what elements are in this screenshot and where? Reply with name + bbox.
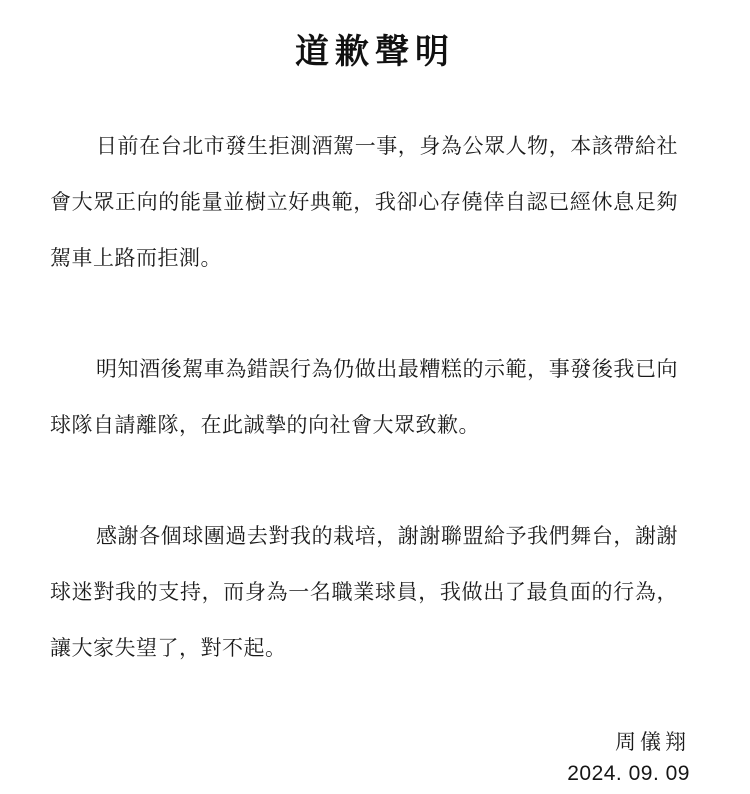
signature-block: 周儀翔 2024. 09. 09 xyxy=(0,726,750,790)
signature-name: 周儀翔 xyxy=(0,726,690,758)
paragraph-incident: 日前在台北市發生拒測酒駕一事，身為公眾人物，本該帶給社會大眾正向的能量並樹立好典… xyxy=(50,118,678,286)
paragraph-thanks: 感謝各個球團過去對我的栽培，謝謝聯盟給予我們舞台，謝謝球迷對我的支持，而身為一名… xyxy=(50,508,678,676)
apology-statement-document: 道歉聲明 日前在台北市發生拒測酒駕一事，身為公眾人物，本該帶給社會大眾正向的能量… xyxy=(0,0,750,794)
document-title: 道歉聲明 xyxy=(0,28,750,76)
signature-date: 2024. 09. 09 xyxy=(0,758,690,790)
paragraph-apology: 明知酒後駕車為錯誤行為仍做出最糟糕的示範，事發後我已向球隊自請離隊，在此誠摯的向… xyxy=(50,341,678,453)
document-body: 日前在台北市發生拒測酒駕一事，身為公眾人物，本該帶給社會大眾正向的能量並樹立好典… xyxy=(0,118,750,676)
